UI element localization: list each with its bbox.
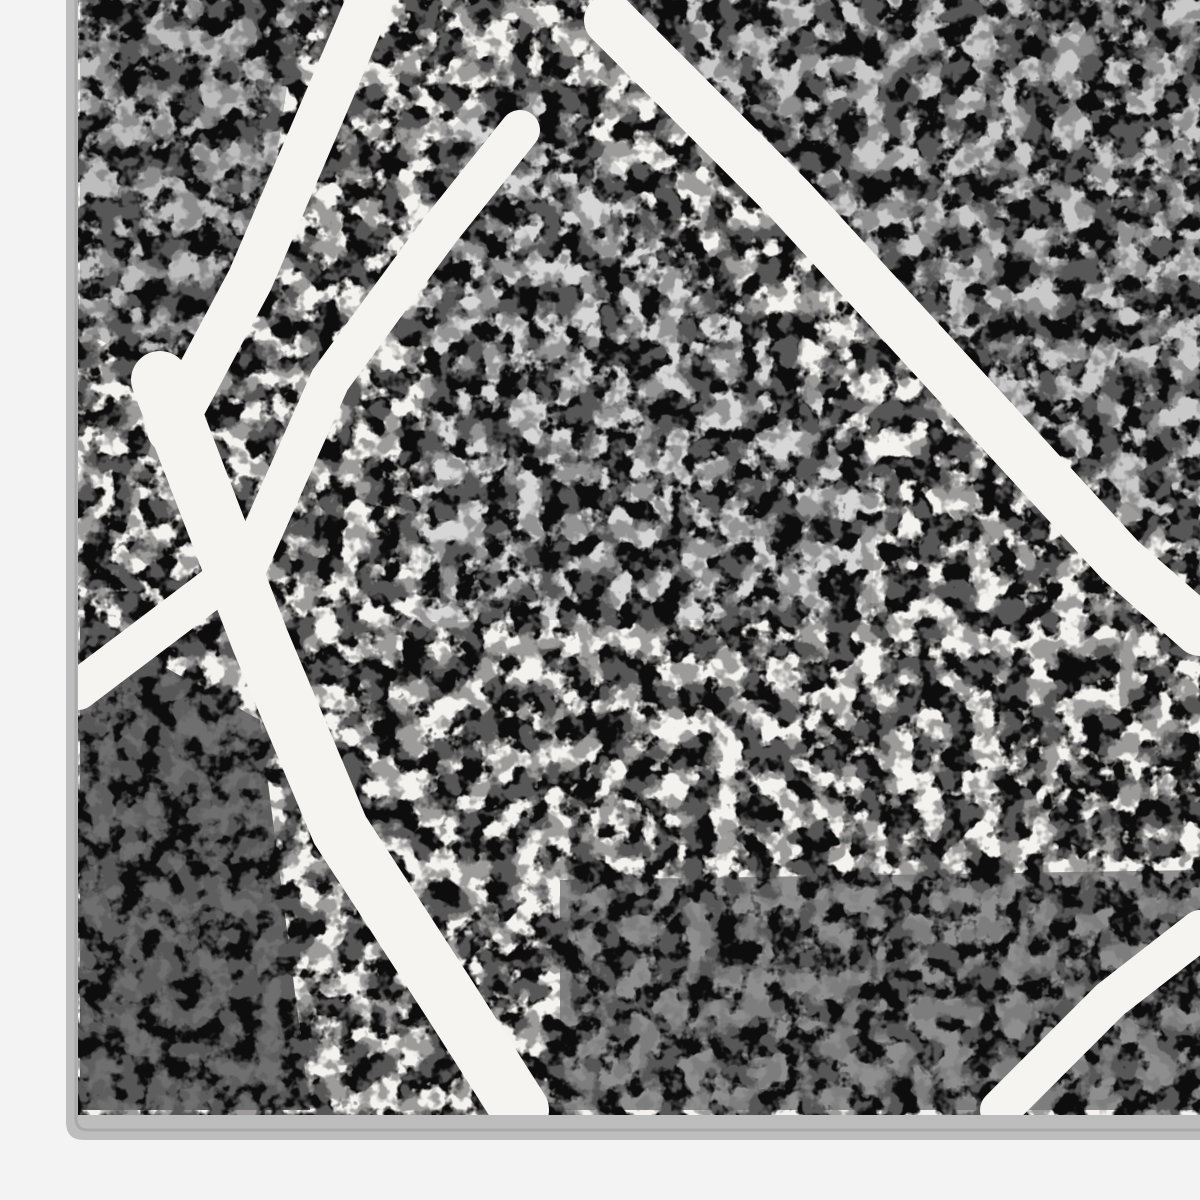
rug-illustration bbox=[0, 0, 1200, 1200]
rug-corner-photo bbox=[0, 0, 1200, 1200]
